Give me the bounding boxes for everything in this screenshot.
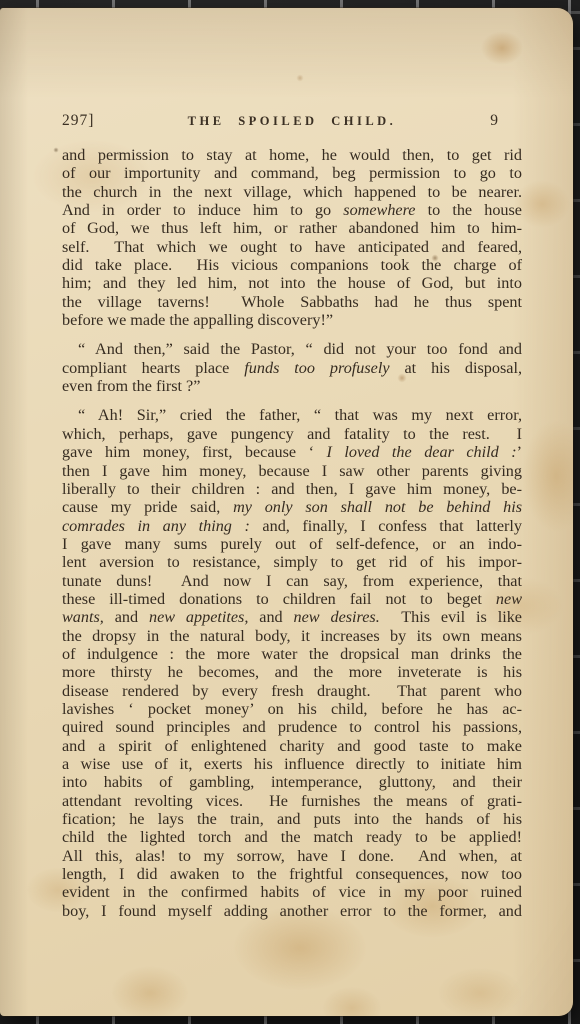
page-number: 9: [490, 112, 498, 130]
text-line: disease rendered by every fresh draught.…: [62, 682, 522, 700]
text-line: liberally to their children : and then, …: [62, 480, 522, 498]
text-line: child the lighted torch and the match re…: [62, 828, 522, 846]
page-content: 297] THE SPOILED CHILD. 9 and permission…: [62, 8, 522, 920]
text-line: the dropsy in the natural body, it incre…: [62, 627, 522, 645]
text-line: wants, and new appetites, and new desire…: [62, 608, 522, 626]
text-line: boy, I found myself adding another error…: [62, 902, 522, 920]
text-line: compliant hearts place funds too profuse…: [62, 359, 522, 377]
text-line: then I gave him money, because I saw oth…: [62, 462, 522, 480]
text-line: a wise use of it, exerts his influence d…: [62, 755, 522, 773]
text-line: of God, we thus left him, or rather aban…: [62, 219, 522, 237]
running-title: THE SPOILED CHILD.: [188, 114, 397, 129]
text-block: and permission to stay at home, he would…: [62, 146, 522, 920]
scan-background: { "header": { "left": "297]", "center": …: [0, 0, 580, 1024]
text-line: length, I did awaken to the frightful co…: [62, 865, 522, 883]
text-line: quired sound principles and prudence to …: [62, 718, 522, 736]
text-line: and a spirit of enlightened charity and …: [62, 737, 522, 755]
text-line: cause my pride said, my only son shall n…: [62, 498, 522, 516]
text-line: him; and they led him, not into the hous…: [62, 274, 522, 292]
page-header: 297] THE SPOILED CHILD. 9: [62, 112, 522, 132]
text-line: and permission to stay at home, he would…: [62, 146, 522, 164]
text-line: I gave many sums purely out of self-defe…: [62, 535, 522, 553]
text-line: fication; he lays the train, and puts in…: [62, 810, 522, 828]
text-line: self. That which we ought to have antici…: [62, 238, 522, 256]
text-line: even from the first ?”: [62, 377, 522, 395]
text-line: attendant revolting vices. He furnishes …: [62, 792, 522, 810]
text-line: And in order to induce him to go somewhe…: [62, 201, 522, 219]
text-line: the village taverns! Whole Sabbaths had …: [62, 293, 522, 311]
paragraph: “ Ah! Sir,” cried the father, “ that was…: [62, 406, 522, 920]
text-line: did take place. His vicious companions t…: [62, 256, 522, 274]
book-page: 297] THE SPOILED CHILD. 9 and permission…: [0, 8, 573, 1016]
text-line: before we made the appalling discovery!”: [62, 311, 522, 329]
text-line: lent aversion to resistance, simply to g…: [62, 553, 522, 571]
text-line: of our importunity and command, beg perm…: [62, 164, 522, 182]
paragraph: and permission to stay at home, he would…: [62, 146, 522, 329]
text-line: evident in the confirmed habits of vice …: [62, 883, 522, 901]
text-line: of indulgence : the more water the drops…: [62, 645, 522, 663]
text-line: “ Ah! Sir,” cried the father, “ that was…: [62, 406, 522, 424]
text-line: comrades in any thing : and, finally, I …: [62, 517, 522, 535]
text-line: these ill-timed donations to children fa…: [62, 590, 522, 608]
text-line: gave him money, first, because ‘ I loved…: [62, 443, 522, 461]
text-line: the church in the next village, which ha…: [62, 183, 522, 201]
text-line: into habits of gambling, intemperance, g…: [62, 773, 522, 791]
text-line: “ And then,” said the Pastor, “ did not …: [62, 340, 522, 358]
text-line: which, perhaps, gave pungency and fatali…: [62, 425, 522, 443]
text-line: lavishes ‘ pocket money’ on his child, b…: [62, 700, 522, 718]
paragraph: “ And then,” said the Pastor, “ did not …: [62, 340, 522, 395]
text-line: tunate duns! And now I can say, from exp…: [62, 572, 522, 590]
signature-mark: 297]: [62, 112, 94, 130]
text-line: more thirsty he becomes, and the more in…: [62, 663, 522, 681]
text-line: All this, alas! to my sorrow, have I don…: [62, 847, 522, 865]
